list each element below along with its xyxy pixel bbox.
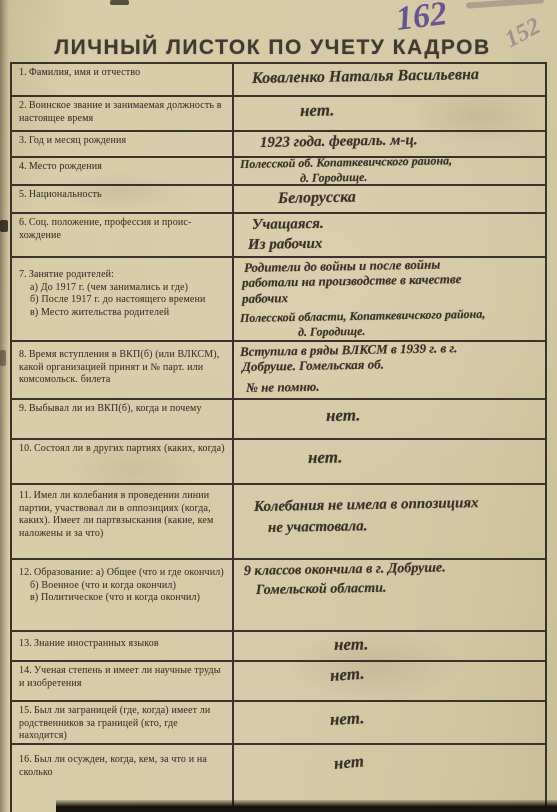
form-row-9: 9.Выбывал ли из ВКП(б), когда и по­чему … [12,400,545,440]
row-13-answer-cell: нет. [234,632,545,660]
form-row-13: 13.Знание иностранных языков нет. [12,632,545,662]
row-number: 10. [19,443,32,454]
row-label-sub-v: в) Место жительства родителей [19,307,227,320]
form-row-14: 14.Ученая степень и имеет ли научные тру… [12,662,545,702]
row-number: 5. [19,189,27,200]
row-13-label-cell: 13.Знание иностранных языков [12,632,234,660]
top-edge-mark [110,0,129,5]
row-label: Имел ли колебания в проведении линии пар… [19,490,213,539]
row-12-label-cell: 12.Образование: а) Общее (что и где окон… [12,560,234,630]
row-9-answer-cell: нет. [234,400,545,438]
row-label: Место рождения [29,161,102,172]
row-6-label-cell: 6.Соц. положение, профессия и проис­хожд… [12,214,234,256]
row-number: 6. [19,217,27,228]
row-number: 7. [19,269,27,280]
handwritten-answer: д. Городище. [300,167,541,184]
row-3-label-cell: 3.Год и месяц рождения [12,132,234,156]
row-10-answer-cell: нет. [234,440,545,483]
row-9-label-cell: 9.Выбывал ли из ВКП(б), когда и по­чему [12,400,234,438]
form-row-11: 11.Имел ли колебания в проведении линии … [12,485,545,560]
handwritten-answer: нет. [308,444,541,468]
row-1-answer-cell: Коваленко Наталья Васильевна [234,64,545,95]
row-number: 11. [19,490,32,501]
form-row-5: 5.Национальность Белорусска [12,186,545,214]
form-row-2: 2.Воинское звание и занимаемая долж­ност… [12,97,545,132]
row-label: Воинское звание и занимаемая долж­ность … [19,100,222,124]
row-label: Знание иностранных языков [34,638,159,649]
row-10-label-cell: 10.Состоял ли в других партиях (ка­ких, … [12,440,234,483]
handwritten-answer: Колебания не имела в оппозициях [254,494,541,517]
row-label: Год и месяц рождения [29,135,126,146]
handwritten-answer: нет [333,745,541,774]
form-title: ЛИЧНЫЙ ЛИСТОК ПО УЧЕТУ КАДРОВ [0,36,545,60]
handwritten-answer: нет. [329,702,541,730]
form-row-4: 4.Место рождения Полесской об. Копаткеви… [12,158,545,186]
handwritten-answer: нет. [326,402,541,426]
row-label-sub-b: б) Военное (что и когда окончил) [19,580,227,593]
form-row-12: 12.Образование: а) Общее (что и где окон… [12,560,545,632]
handwritten-answer: № не помню. [246,375,541,395]
row-1-label-cell: 1.Фамилия, имя и отчество [12,64,234,95]
row-label: Образование: а) Общее (что и где окончил… [34,567,224,578]
row-8-answer-cell: Вступила в ряды ВЛКСМ в 1939 г. в г. Доб… [234,342,545,398]
handwritten-page-number: 162 [394,0,449,39]
scan-bottom-shadow [56,800,557,812]
row-7-label-cell: 7.Занятие родителей: а) До 1917 г. (чем … [12,258,234,340]
handwritten-answer: нет. [300,97,541,121]
row-14-answer-cell: нет. [234,662,545,700]
row-label: Ученая степень и имеет ли научные труды … [19,665,221,689]
row-label: Был ли осужден, когда, кем, за что и на … [19,754,207,778]
row-label-sub-a: а) До 1917 г. (чем занимались и где) [19,282,227,295]
handwritten-answer: 9 классов окончила в г. Добруше. [244,560,541,581]
row-7-answer-cell: Родители до войны и после войны работали… [234,258,545,340]
row-label: Занятие родителей: [29,269,114,280]
form-row-3: 3.Год и месяц рождения 1923 года. феврал… [12,132,545,158]
row-number: 1. [19,67,27,78]
row-label-sub-b: б) После 1917 г. до настоящего вре­мени [19,294,227,307]
row-number: 4. [19,161,27,172]
row-number: 8. [19,349,27,360]
form-row-10: 10.Состоял ли в других партиях (ка­ких, … [12,440,545,485]
row-8-label-cell: 8.Время вступления в ВКП(б) (или ВЛКСМ),… [12,342,234,398]
row-label: Фамилия, имя и отчество [29,67,140,78]
row-label: Национальность [29,189,102,200]
scan-edge-shadow [0,0,9,812]
handwritten-answer: Из рабочих [248,232,541,255]
row-label: Выбывал ли из ВКП(б), когда и по­чему [29,403,202,414]
row-number: 15. [19,705,32,716]
row-label: Время вступления в ВКП(б) (или ВЛКСМ), к… [19,349,219,385]
edge-smudge [0,220,8,232]
row-label: Состоял ли в других партиях (ка­ких, ког… [34,443,225,454]
scanned-personnel-form: 162 152 ЛИЧНЫЙ ЛИСТОК ПО УЧЕТУ КАДРОВ 1.… [0,0,557,812]
row-number: 2. [19,100,27,111]
row-label: Был ли заграницей (где, когда) имеет ли … [19,705,210,741]
row-2-answer-cell: нет. [234,97,545,130]
handwritten-answer: не участовала. [268,515,541,537]
row-5-label-cell: 5.Национальность [12,186,234,212]
row-number: 14. [19,665,32,676]
form-row-1: 1.Фамилия, имя и отчество Коваленко Ната… [12,64,545,97]
row-4-label-cell: 4.Место рождения [12,158,234,184]
handwritten-answer: д. Городище. [298,321,541,339]
row-3-answer-cell: 1923 года. февраль. м-ц. [234,132,545,156]
row-number: 3. [19,135,27,146]
row-2-label-cell: 2.Воинское звание и занимаемая долж­ност… [12,97,234,130]
top-edge-pen-mark [466,0,544,9]
row-number: 12. [19,567,32,578]
handwritten-answer: Учащаяся. [252,214,541,235]
form-row-15: 15.Был ли заграницей (где, когда) имеет … [12,702,545,745]
handwritten-answer: Белорусска [278,186,541,209]
handwritten-answer: нет. [329,662,541,686]
row-number: 13. [19,638,32,649]
handwritten-answer: 1923 года. февраль. м-ц. [260,132,541,153]
row-4-answer-cell: Полесской об. Копаткевичского района, д.… [234,158,545,184]
row-number: 9. [19,403,27,414]
row-15-label-cell: 15.Был ли заграницей (где, когда) имеет … [12,702,234,743]
row-12-answer-cell: 9 классов окончила в г. Добруше. Гомельс… [234,560,545,630]
row-11-answer-cell: Колебания не имела в оппозициях не участ… [234,485,545,558]
row-number: 16. [19,754,32,765]
row-label: Соц. положение, профессия и проис­хожден… [19,217,191,241]
row-6-answer-cell: Учащаяся. Из рабочих [234,214,545,256]
handwritten-answer: Гомельской области. [256,578,541,599]
form-table: 1.Фамилия, имя и отчество Коваленко Ната… [10,62,547,812]
row-5-answer-cell: Белорусска [234,186,545,212]
handwritten-answer: нет. [334,632,541,655]
row-14-label-cell: 14.Ученая степень и имеет ли научные тру… [12,662,234,700]
form-row-6: 6.Соц. положение, профессия и проис­хожд… [12,214,545,258]
form-row-8: 8.Время вступления в ВКП(б) (или ВЛКСМ),… [12,342,545,400]
edge-smudge [0,350,6,366]
row-15-answer-cell: нет. [234,702,545,743]
form-row-7: 7.Занятие родителей: а) До 1917 г. (чем … [12,258,545,342]
row-11-label-cell: 11.Имел ли колебания в проведении линии … [12,485,234,558]
row-label-sub-v: в) Политическое (что и когда окон­чил) [19,592,227,605]
handwritten-answer: Коваленко Наталья Васильевна [252,65,541,89]
